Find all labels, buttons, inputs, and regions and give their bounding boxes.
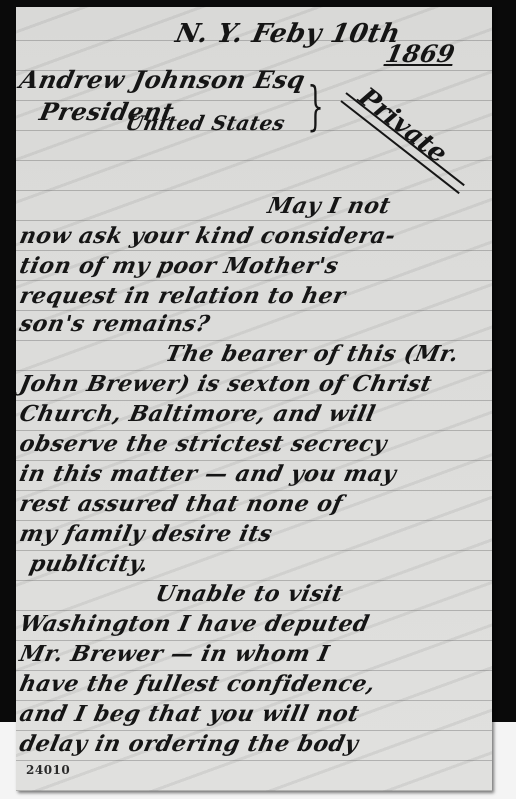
body-line-12: my family desire its [17, 521, 275, 547]
year: 1869 [383, 39, 458, 68]
body-line-16: Mr. Brewer — in whom I [17, 641, 332, 667]
body-line-11: rest assured that none of [17, 491, 345, 517]
body-line-10: in this matter — and you may [17, 461, 399, 487]
private-underline-1 [345, 92, 464, 186]
archive-number-stamp: 24010 [26, 763, 70, 777]
body-line-2: now ask your kind considera- [17, 223, 398, 249]
body-line-6: The bearer of this (Mr. [163, 341, 461, 367]
body-line-5: son's remains? [17, 311, 212, 337]
private-marking: Private [353, 82, 453, 169]
body-line-18: and I beg that you will not [17, 701, 362, 727]
body-line-17: have the fullest confidence, [17, 671, 378, 697]
body-line-13: publicity. [27, 551, 151, 577]
addressee-country: United States [123, 111, 287, 135]
body-line-14: Unable to visit [153, 581, 345, 607]
body-line-9: observe the strictest secrecy [17, 431, 389, 457]
body-line-4: request in relation to her [17, 283, 348, 309]
body-line-15: Washington I have deputed [17, 611, 372, 637]
body-line-8: Church, Baltimore, and will [17, 401, 378, 427]
body-line-7: John Brewer) is sexton of Christ [17, 371, 434, 397]
addressee-brace: } [307, 77, 324, 137]
place-date: N. Y. Feby 10th [173, 19, 403, 49]
addressee-name: Andrew Johnson Esq [17, 65, 308, 94]
body-line-19: delay in ordering the body [17, 731, 361, 757]
letter-page: N. Y. Feby 10th 1869 Andrew Johnson Esq … [16, 7, 492, 791]
body-line-1: May I not [265, 193, 393, 219]
body-line-3: tion of my poor Mother's [17, 253, 341, 279]
